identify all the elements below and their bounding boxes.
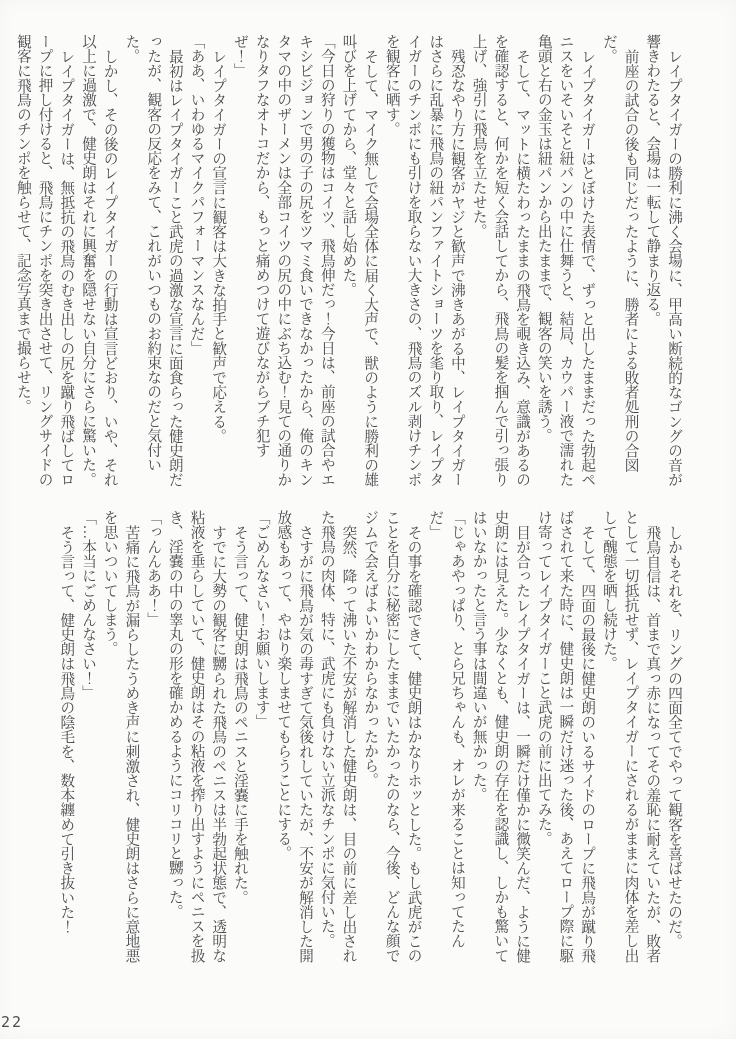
paragraph: 前座の試合の後も同じだったように、勝者による敗者処刑の合図だ。 [597, 34, 640, 492]
text-block-bottom: しかもそれを、リングの四面全てでやって観客を喜ばせたのだ。 飛鳥自信は、首まで真… [70, 510, 684, 968]
paragraph-dialogue: 「…本当にごめんなさい！」 [76, 510, 98, 968]
paragraph: そして、マイク無しで会場全体に届く大声で、獣のように勝利の雄叫びを上げてから、堂… [337, 34, 380, 492]
paragraph-dialogue: 「じゃあやっぱり、とら兄ちゃんも、オレが来ることは知ってたんだ」 [424, 510, 467, 968]
paragraph: 最初はレイプタイガーこと武虎の過激な宣言に面食らった健史朗だったが、観客の反応を… [120, 34, 185, 492]
paragraph: 残忍なやり方に観客がヤジと歓声で沸きあがる中、レイプタイガーはさらに乱暴に飛鳥の… [380, 34, 467, 492]
paragraph: 飛鳥自信は、首まで真っ赤になってその羞恥に耐えていたが、敗者として一切抵抗せず、… [597, 510, 662, 968]
paragraph: 目が合ったレイプタイガーは、一瞬だけ僅かに微笑んだ、ように健史朗には見えた。少な… [467, 510, 532, 968]
paragraph-dialogue: 「今日の狩りの獲物はコイツ、飛鳥伸だっ！今日は、前座の試合やエキシビジョンで男の… [228, 34, 337, 492]
paragraph: そう言って、健史朗は飛鳥の陰毛を、数本纏めて引き抜いた！ [55, 510, 77, 968]
paragraph: レイプタイガーの宣言に観客は大きな拍手と歓声で応える。 [207, 34, 229, 492]
paragraph: そう言って、健史朗は飛鳥のペニスと淫嚢に手を触れた。 [228, 510, 250, 968]
paragraph: その事を確認できて、健史朗はかなりホッとした。もし武虎がこのことを自分に秘密にし… [358, 510, 423, 968]
paragraph: 苦痛に飛鳥が漏らしたうめき声に刺激され、健史朗はさらに意地悪を思いついてしまう。 [98, 510, 141, 968]
paragraph: レイプタイガーはとぼけた表情で、ずっと出したままだった勃起ペニスをいそいそと紐パ… [532, 34, 597, 492]
paragraph-dialogue: 「ごめんなさい！お願いします」 [250, 510, 272, 968]
text-block-top: レイプタイガーの勝利に沸く会場に、甲高い断続的なゴングの音が響きわたると、会場は… [70, 34, 684, 492]
paragraph: レイプタイガーは、無抵抗の飛鳥のむき出しの尻を蹴り飛ばしてロープに押し付けると、… [11, 34, 76, 492]
page-number: 22 [1, 1013, 23, 1031]
paragraph-dialogue: 「っんんああ！」 [141, 510, 163, 968]
paragraph: しかし、その後のレイプタイガーの行動は宣言どおり、いや、それ以上に過激で、健史朗… [76, 34, 119, 492]
paragraph: 突然、降って沸いた不安が解消した健史朗は、目の前に差し出された飛鳥の肉体、特に、… [315, 510, 358, 968]
paragraph: さすがに飛鳥が気の毒すぎて気後れしていたが、不安が解消した開放感もあって、やはり… [272, 510, 315, 968]
paragraph: そして、マットに横たわったままの飛鳥を覗き込み、意識があるのを確認すると、何かを… [467, 34, 532, 492]
paragraph: しかもそれを、リングの四面全てでやって観客を喜ばせたのだ。 [662, 510, 684, 968]
paragraph: そして、四面の最後に健史朗のいるサイドのロープに飛鳥が蹴り飛ばされて来た時に、健… [532, 510, 597, 968]
paragraph-dialogue: 「ああ、いわゆるマイクパフォーマンスなんだ」 [185, 34, 207, 492]
paragraph: すでに大勢の観客に嬲られた飛鳥のペニスは半勃起状態で、透明な粘液を垂らしていて、… [163, 510, 228, 968]
paragraph: レイプタイガーの勝利に沸く会場に、甲高い断続的なゴングの音が響きわたると、会場は… [641, 34, 684, 492]
scanned-page: レイプタイガーの勝利に沸く会場に、甲高い断続的なゴングの音が響きわたると、会場は… [0, 0, 736, 1039]
